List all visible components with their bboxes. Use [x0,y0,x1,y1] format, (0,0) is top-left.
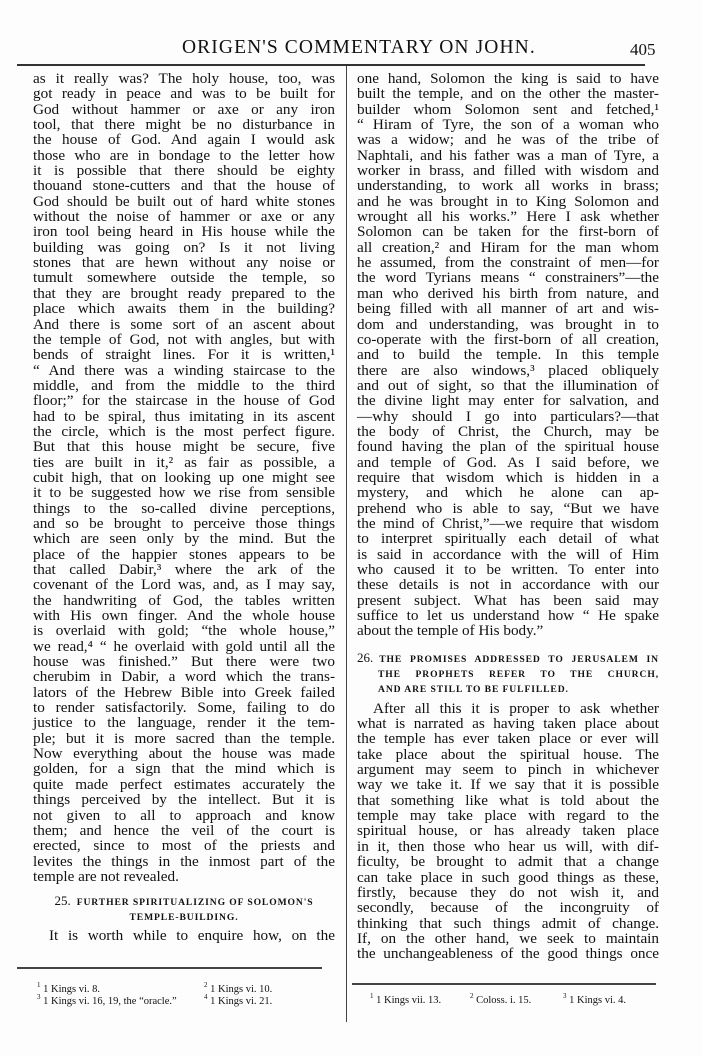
text-line: man who derived his birth from nature, a… [357,286,659,301]
footnote-mark: 1 [370,992,374,1000]
running-head: ORIGEN'S COMMENTARY ON JOHN. 405 [0,6,703,36]
text-line: things perceived by the intellect. But i… [33,792,335,807]
footnote-mark: 2 [470,992,474,1000]
text-line: had to be spiral, thus imitating in its … [33,409,335,424]
text-line: about the temple of His body.” [357,623,659,638]
text-line: one hand, Solomon the king is said to ha… [357,71,659,86]
text-line: God should be built out of hard white st… [33,194,335,209]
text-line: wrought all his works.” Here I ask wheth… [357,209,659,224]
section-title-line-2: TEMPLE-BUILDING. [33,910,335,925]
right-body-text-after-heading: After all this it is proper to ask wheth… [357,701,659,962]
footnote-rule-right [352,983,656,985]
text-line: builder whom Solomon sent and fetched,¹ [357,102,659,117]
text-line: the temple has ever taken place or ever … [357,731,659,746]
text-line: firstly, because they do not wish it, an… [357,885,659,900]
book-page: ORIGEN'S COMMENTARY ON JOHN. 405 as it r… [0,0,703,1056]
text-line: built the temple, and on the other the m… [357,86,659,101]
text-line: building was going on? Is it not living [33,240,335,255]
text-line: the circle, which is the most perfect fi… [33,424,335,439]
text-line: that they are brought ready prepared to … [33,286,335,301]
text-line: the body of Christ, the Church, may be [357,424,659,439]
text-line: Solomon can be taken for the first-born … [357,224,659,239]
text-line: the handwriting of God, the tables writt… [33,593,335,608]
text-line: cherubim in Dabir, a word which the tran… [33,669,335,684]
text-line: with His own finger. And the whole house [33,608,335,623]
footnote-text: 1 Kings vi. 16, 19, the “oracle.” [43,996,177,1007]
text-line: iron tool being heard in His house while… [33,224,335,239]
footnote-mark: 1 [37,981,41,989]
text-line: and temple of God. As I said before, we [357,455,659,470]
footnote-mark: 4 [204,993,208,1001]
text-line: the house of God. And again I would ask [33,132,335,147]
text-line: argument may seem to pinch in whichever [357,762,659,777]
section-26-heading: 26.THE PROMISES ADDRESSED TO JERUSALEM I… [357,650,659,697]
text-line: the temple of God, not with angles, but … [33,332,335,347]
text-line: mystery, and which he alone can ap- [357,485,659,500]
footnote: 3 1 Kings vi. 16, 19, the “oracle.” [37,996,177,1008]
text-line: place which awaits them in the building? [33,301,335,316]
section-title-line-1: THE PROMISES ADDRESSED TO JERUSALEM IN [379,654,659,665]
footnote-mark: 3 [563,992,567,1000]
text-line: golden, for a sign that the mind which i… [33,761,335,776]
text-line: what is narrated as having taken place a… [357,716,659,731]
text-line: the word Tyrians means “ constrainers”—t… [357,270,659,285]
text-line: place of the happier stones appears to b… [33,547,335,562]
text-line: worker in brass, and filled with wisdom … [357,163,659,178]
section-number: 26. [357,650,373,665]
footnote: 1 1 Kings vi. 8. [37,984,100,996]
text-line: After all this it is proper to ask wheth… [357,701,659,716]
text-line: to interpret spiritually each detail of … [357,531,659,546]
left-column: as it really was? The holy house, too, w… [33,71,335,944]
text-line: prehend who is able to say, “But we have [357,501,659,516]
text-line: tool, that there might be no disturbance… [33,117,335,132]
text-line: is said in accordance with the will of H… [357,547,659,562]
text-line: and out of sight, so that the illuminati… [357,378,659,393]
text-line: quite made perfect estimates accurately … [33,777,335,792]
text-line: these details is not in accordance with … [357,577,659,592]
text-line: “ Hiram of Tyre, the son of a woman who [357,117,659,132]
section-title-line-2: THE PROPHETS REFER TO THE CHURCH, [357,667,659,682]
text-line: it is possible that there should be eigh… [33,163,335,178]
text-line: understanding, to work all works in bras… [357,178,659,193]
footnote-mark: 2 [204,981,208,989]
text-line: It is worth while to enquire how, on the [33,928,335,943]
text-line: being filled with all manner of art and … [357,301,659,316]
footnote-text: 1 Kings vi. 4. [569,995,626,1006]
header-rule [17,64,645,66]
text-line: require that wisdom which is hidden in a [357,470,659,485]
footnote: 4 1 Kings vi. 21. [204,996,272,1008]
section-number: 25. [54,893,70,908]
text-line: take place about the spiritual house. Th… [357,747,659,762]
text-line: and so be brought to perceive those thin… [33,516,335,531]
text-line: suffice to let us understand how “ He sp… [357,608,659,623]
text-line: middle, and from the middle to the third [33,378,335,393]
footnote-rule-left [17,967,322,969]
text-line: “ And there was a winding staircase to t… [33,363,335,378]
left-body-text: as it really was? The holy house, too, w… [33,71,335,884]
text-line: tumult somewhere outside the temple, so [33,270,335,285]
right-column: one hand, Solomon the king is said to ha… [357,71,659,962]
section-25-heading: 25.FURTHER SPIRITUALIZING OF SOLOMON'S T… [33,893,335,925]
text-line: that called Dabir,³ where the ark of the [33,562,335,577]
text-line: the unchangeableness of the good things … [357,946,659,961]
footnote: 2 Coloss. i. 15. [470,995,531,1007]
footnote: 3 1 Kings vi. 4. [563,995,626,1007]
column-divider [346,66,347,1022]
footnote-text: 1 Kings vi. 8. [43,984,100,995]
text-line: God without hammer or axe or any iron [33,102,335,117]
text-line: is overlaid with gold; “the whole house,… [33,623,335,638]
text-line: in it, then those who hear us will, with… [357,839,659,854]
footnote-text: 1 Kings vi. 10. [210,984,272,995]
text-line: And there is some sort of an ascent abou… [33,317,335,332]
text-line: way we take it. If we say that it is pos… [357,777,659,792]
text-line: as it really was? The holy house, too, w… [33,71,335,86]
text-line: dom and understanding, was brought in to [357,317,659,332]
text-line: co-operate with the first-born of all cr… [357,332,659,347]
text-line: secondly, because of the incongruity of [357,900,659,915]
text-line: temple are not revealed. [33,869,335,884]
text-line: without the noise of hammer or axe or an… [33,209,335,224]
text-line: justice to the language, render it the t… [33,715,335,730]
right-body-text: one hand, Solomon the king is said to ha… [357,71,659,639]
text-line: the divine light may enter for salvation… [357,393,659,408]
text-line: and he was brought in to King Solomon an… [357,194,659,209]
text-line: Now everything about the house was made [33,746,335,761]
text-line: ple; but it is more sacred than the temp… [33,731,335,746]
text-line: house was finished.” But there were two [33,654,335,669]
text-line: temple may take place with regard to the [357,808,659,823]
footnote-text: 1 Kings vii. 13. [376,995,441,1006]
text-line: all creation,² and Hiram for the man who… [357,240,659,255]
footnote-text: 1 Kings vi. 21. [210,996,272,1007]
text-line: cubit high, that on looking up one might… [33,470,335,485]
text-line: was a widow; and he was of the tribe of [357,132,659,147]
text-line: ficulty, be brought to admit that a chan… [357,854,659,869]
footnote: 1 1 Kings vii. 13. [370,995,441,1007]
text-line: bends of straight lines. For it is writt… [33,347,335,362]
text-line: —why should I go into particulars?—that [357,409,659,424]
footnote-text: Coloss. i. 15. [476,995,531,1006]
text-line: that something like what is told about t… [357,793,659,808]
running-title: ORIGEN'S COMMENTARY ON JOHN. [182,37,536,59]
left-body-text-after-heading: It is worth while to enquire how, on the [33,928,335,943]
section-title-line-3: AND ARE STILL TO BE FULFILLED. [357,682,659,697]
text-line: covenant of the Lord was, and, as I may … [33,577,335,592]
page-number: 405 [630,40,656,60]
text-line: erected, since to most of the priests an… [33,838,335,853]
text-line: to render satisfactorily. Some, failing … [33,700,335,715]
text-line: the mind of Christ,”—we require that wis… [357,516,659,531]
text-line: lators of the Hebrew Bible into Greek fa… [33,685,335,700]
text-line: there are also windows,³ placed obliquel… [357,363,659,378]
text-line: thinking that such things admit of chang… [357,916,659,931]
text-line: it to be suggested how we rise from sens… [33,485,335,500]
text-line: If, on the other hand, we seek to mainta… [357,931,659,946]
text-line: those who are in bondage to the letter h… [33,148,335,163]
text-line: ties are built in it,² as fair as possib… [33,455,335,470]
text-line: thouand stone-cutters and that the house… [33,178,335,193]
text-line: found having the plan of the spiritual h… [357,439,659,454]
text-line: spiritual house, or has already taken pl… [357,823,659,838]
text-line: got ready in peace and was to be built f… [33,86,335,101]
text-line: present subject. What has been said may [357,593,659,608]
footnote-mark: 3 [37,993,41,1001]
text-line: not given to all to approach and know [33,808,335,823]
section-title-line-1: FURTHER SPIRITUALIZING OF SOLOMON'S [77,897,314,908]
text-line: he assumed, from the constraint of men—f… [357,255,659,270]
text-line: levites the things in the inmost part of… [33,854,335,869]
text-line: stones that are hewn without any noise o… [33,255,335,270]
text-line: and to build the temple. In this temple [357,347,659,362]
footnote: 2 1 Kings vi. 10. [204,984,272,996]
text-line: floor;” for the staircase in the house o… [33,393,335,408]
text-line: things to the so-called divine perceptio… [33,501,335,516]
text-line: can take place in such good things as th… [357,870,659,885]
text-line: But that this house might be secure, fiv… [33,439,335,454]
text-line: Naphtali, and his father was a man of Ty… [357,148,659,163]
text-line: them; and hence the veil of the court is [33,823,335,838]
text-line: which are seen only by the mind. But the [33,531,335,546]
text-line: we read,⁴ “ he overlaid with gold until … [33,639,335,654]
text-line: who caused it to be written. To enter in… [357,562,659,577]
